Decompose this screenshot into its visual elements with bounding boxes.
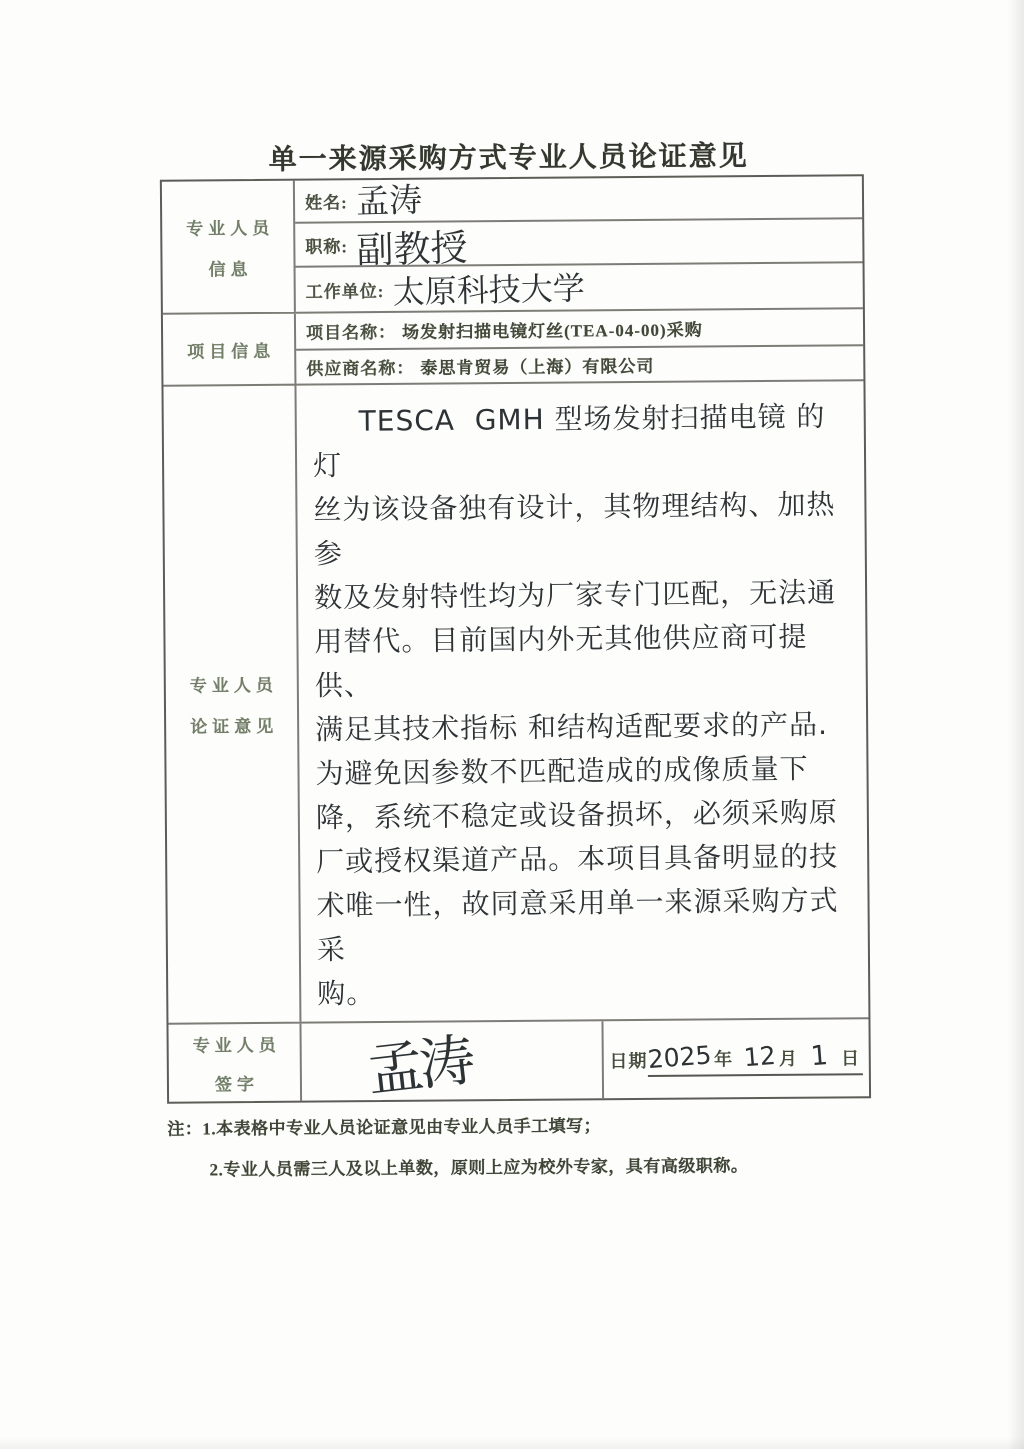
footnote-prefix: 注： <box>167 1119 202 1138</box>
opinion-line: 丝为该设备独有设计，其物理结构、加热参 <box>313 483 855 577</box>
section-header-personnel-info: 专业人员 信息 <box>162 181 296 313</box>
date-month-handwritten: 12 <box>743 1041 777 1072</box>
date-cell: 日期2025年12月1日 <box>603 1019 869 1098</box>
section-header-line: 项目信息 <box>182 336 275 362</box>
date-day-label: 日 <box>841 1044 859 1070</box>
field-row-name: 姓名: 孟涛 <box>295 176 862 221</box>
date-day-handwritten: 1 <box>810 1040 830 1072</box>
signature-handwritten: 孟涛 <box>363 1017 475 1100</box>
opinion-line: 购。 <box>317 967 858 1017</box>
field-row-supplier-name: 供应商名称： 泰思肯贸易（上海）有限公司 <box>296 344 863 383</box>
document-title: 单一来源采购方式专业人员论证意见 <box>0 132 1021 180</box>
section-header-line: 专业人员 <box>181 213 274 239</box>
footnotes: 注：1.本表格中专业人员论证意见由专业人员手工填写； 2.专业人员需三人及以上单… <box>167 1110 748 1181</box>
section-header-line: 签字 <box>210 1070 259 1095</box>
date-prefix-label: 日期 <box>609 1046 647 1072</box>
project-name-label: 项目名称： <box>306 318 396 344</box>
name-label: 姓名: <box>305 188 348 213</box>
field-row-project-name: 项目名称： 场发射扫描电镜灯丝(TEA-04-00)采购 <box>296 307 863 348</box>
scanned-document-sheet: 单一来源采购方式专业人员论证意见 专业人员 信息 姓名: 孟涛 职称: 副教授 … <box>0 0 1024 1449</box>
date-year-label: 年 <box>714 1045 732 1071</box>
signature-date-row: 孟涛 日期2025年12月1日 <box>301 1017 869 1100</box>
section-header-line: 信息 <box>203 255 252 280</box>
supplier-name-label: 供应商名称： <box>306 354 414 380</box>
section-header-project-info: 项目信息 <box>163 312 297 385</box>
work-unit-handwritten-value: 太原科技大学 <box>392 263 585 312</box>
opinion-line: 用替代。目前国内外无其他供应商可提供、 <box>314 615 856 709</box>
opinion-line: 满足其技术指标 和结构适配要求的产品. <box>315 703 856 753</box>
opinion-line: 术唯一性，故同意采用单一来源采购方式采 <box>316 879 858 973</box>
section-header-signature: 专业人员 签字 <box>168 1022 302 1102</box>
name-handwritten-value: 孟涛 <box>355 176 422 221</box>
title-label: 职称: <box>305 232 348 257</box>
date-month-label: 月 <box>779 1045 797 1071</box>
signature-cell: 孟涛 <box>301 1021 604 1100</box>
field-row-title: 职称: 副教授 <box>295 217 862 265</box>
footnote-1: 注：1.本表格中专业人员论证意见由专业人员手工填写； <box>167 1110 748 1140</box>
opinion-line: TESCA GMH 型场发射扫描电镜 的灯 <box>312 395 854 489</box>
section-header-opinion: 专业人员 论证意见 <box>163 384 301 1023</box>
date-underline: 2025年12月1日 <box>647 1040 863 1077</box>
form-table: 专业人员 信息 姓名: 孟涛 职称: 副教授 工作单位: 太原科技大学 项目信息… <box>160 174 871 1104</box>
opinion-line: 为避免因参数不匹配造成的成像质量下 <box>315 747 856 797</box>
work-unit-label: 工作单位: <box>306 276 385 302</box>
opinion-line: 数及发射特性均为厂家专门匹配，无法通 <box>314 571 855 621</box>
supplier-name-value: 泰思肯贸易（上海）有限公司 <box>420 352 654 379</box>
project-name-value: 场发射扫描电镜灯丝(TEA-04-00)采购 <box>402 315 703 342</box>
opinion-handwritten-text: TESCA GMH 型场发射扫描电镜 的灯 丝为该设备独有设计，其物理结构、加热… <box>296 379 868 1021</box>
section-header-line: 专业人员 <box>188 1030 281 1056</box>
section-header-line: 专业人员 <box>185 671 278 697</box>
date-year-handwritten: 2025 <box>646 1040 712 1074</box>
opinion-line: 厂或授权渠道产品。本项目具备明显的技 <box>316 835 857 885</box>
field-row-work-unit: 工作单位: 太原科技大学 <box>296 261 863 311</box>
footnote-1-text: 1.本表格中专业人员论证意见由专业人员手工填写； <box>202 1116 601 1138</box>
footnote-2: 2.专业人员需三人及以上单数，原则上应为校外专家，具有高级职称。 <box>210 1151 749 1180</box>
title-handwritten-value: 副教授 <box>355 217 467 265</box>
section-header-line: 论证意见 <box>185 712 278 738</box>
opinion-line: 降，系统不稳定或设备损坏，必须采购原 <box>316 791 857 841</box>
